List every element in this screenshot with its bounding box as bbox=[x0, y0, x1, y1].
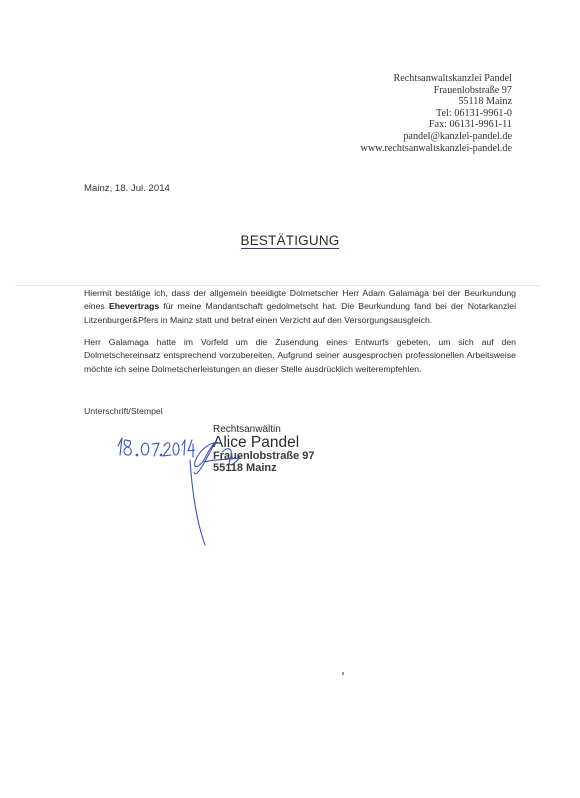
document-title-container: BESTÄTIGUNG bbox=[0, 232, 580, 250]
stamp-street: Frauenlobstraße 97 bbox=[213, 450, 314, 462]
lawyer-stamp: Rechtsanwältin Alice Pandel Frauenlobstr… bbox=[213, 424, 314, 474]
body-paragraph-2: Herr Galamaga hatte im Vorfeld um die Zu… bbox=[84, 336, 516, 376]
scan-artifact-line bbox=[15, 285, 540, 286]
letterhead: Rechtsanwaltskanzlei Pandel Frauenlobstr… bbox=[360, 73, 512, 154]
document-title: BESTÄTIGUNG bbox=[241, 233, 340, 249]
stamp-city: 55118 Mainz bbox=[213, 462, 314, 474]
handwritten-date bbox=[118, 438, 195, 457]
firm-website: www.rechtsanwaltskanzlei-pandel.de bbox=[360, 143, 512, 155]
firm-email: pandel@kanzlei-pandel.de bbox=[360, 131, 512, 143]
firm-fax: Fax: 06131-9961-11 bbox=[360, 119, 512, 131]
letter-date: Mainz, 18. Jul. 2014 bbox=[84, 183, 170, 194]
firm-name: Rechtsanwaltskanzlei Pandel bbox=[360, 73, 512, 85]
firm-street: Frauenlobstraße 97 bbox=[360, 85, 512, 97]
body-paragraph-1: Hiermit bestätige ich, dass der allgemei… bbox=[84, 287, 516, 327]
firm-city: 55118 Mainz bbox=[360, 96, 512, 108]
scan-speck bbox=[342, 672, 344, 675]
p1-bold-term: Ehevertrags bbox=[109, 301, 159, 311]
signature-label: Unterschrift/Stempel bbox=[84, 406, 163, 416]
stamp-name: Alice Pandel bbox=[213, 435, 314, 450]
firm-phone: Tel: 06131-9961-0 bbox=[360, 108, 512, 120]
